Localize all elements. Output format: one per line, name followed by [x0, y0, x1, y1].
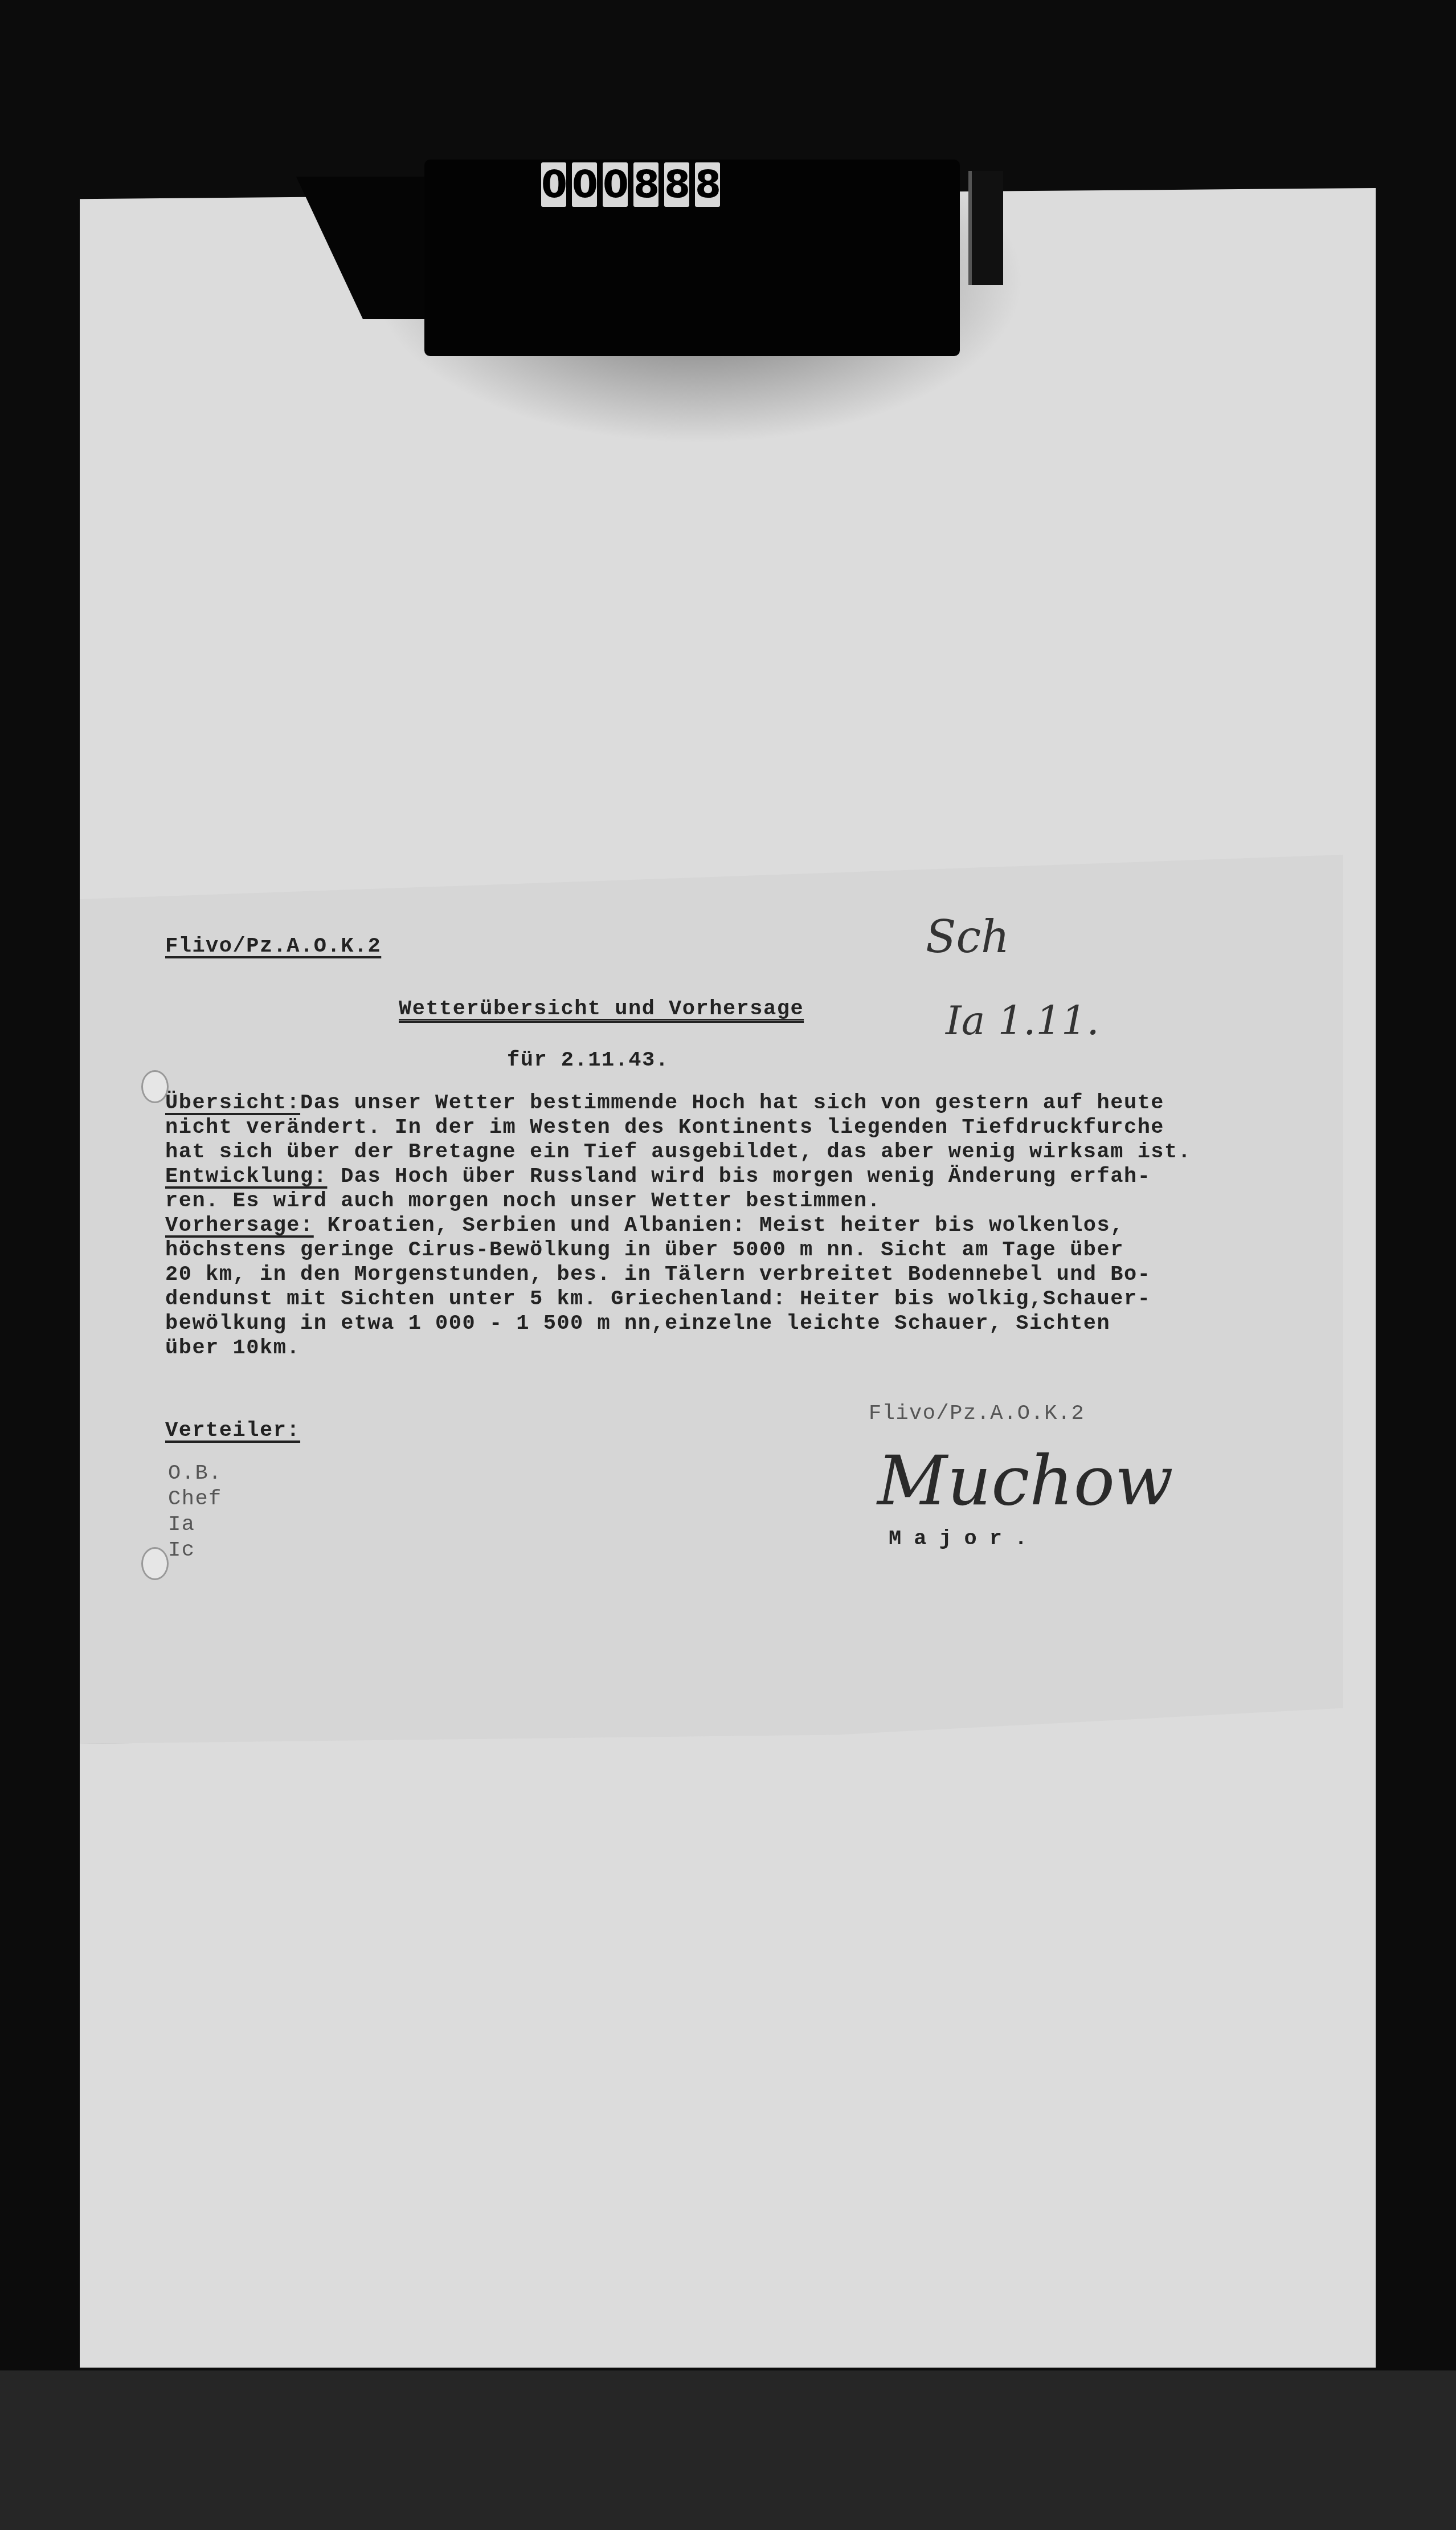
punch-hole-icon [141, 1070, 169, 1103]
section-label-vorhersage: Vorhersage: [165, 1214, 314, 1238]
body-line: Übersicht:Das unser Wetter bestimmende H… [165, 1091, 1164, 1115]
counter-digit: 8 [695, 162, 720, 207]
distribution-label: Verteiler: [165, 1419, 300, 1443]
recipient: Chef [168, 1487, 222, 1511]
recipient: Ia [168, 1513, 195, 1537]
signature-unit: Flivo/Pz.A.O.K.2 [869, 1402, 1085, 1426]
body-line: dendunst mit Sichten unter 5 km. Grieche… [165, 1287, 1151, 1311]
body-line: über 10km. [165, 1336, 300, 1360]
punch-hole-icon [141, 1547, 169, 1580]
handwritten-signature: Muchow [877, 1442, 1173, 1521]
body-line: nicht verändert. In der im Westen des Ko… [165, 1116, 1164, 1140]
body-line: ren. Es wird auch morgen noch unser Wett… [165, 1189, 881, 1213]
frame-counter-digits: 0 0 0 8 8 8 [541, 162, 720, 217]
counter-digit: 0 [603, 162, 628, 207]
section-label-uebersicht: Übersicht: [165, 1091, 300, 1115]
counter-digit: 0 [541, 162, 566, 207]
counter-digit: 8 [664, 162, 689, 207]
counter-post [968, 171, 1003, 285]
body-line: 20 km, in den Morgenstunden, bes. in Täl… [165, 1263, 1151, 1287]
recipient: O.B. [168, 1462, 222, 1486]
handwritten-note: Ia 1.11. [946, 997, 1099, 1044]
handwritten-initials: Sch [926, 912, 1009, 963]
section-label-entwicklung: Entwicklung: [165, 1165, 327, 1189]
counter-digit: 0 [572, 162, 597, 207]
body-line: bewölkung in etwa 1 000 - 1 500 m nn,ein… [165, 1312, 1110, 1336]
body-line: höchstens geringe Cirus-Bewölkung in übe… [165, 1238, 1124, 1262]
document-title: Wetterübersicht und Vorhersage [399, 997, 804, 1021]
signer-rank: Major. [889, 1527, 1040, 1551]
film-margin [0, 2370, 1456, 2530]
body-line: hat sich über der Bretagne ein Tief ausg… [165, 1140, 1191, 1164]
body-line: Entwicklung: Das Hoch über Russland wird… [165, 1165, 1151, 1189]
body-line: Vorhersage: Kroatien, Serbien und Albani… [165, 1214, 1124, 1238]
recipient: Ic [168, 1539, 195, 1562]
sender-header: Flivo/Pz.A.O.K.2 [165, 935, 381, 958]
document-date: für 2.11.43. [507, 1048, 669, 1072]
counter-digit: 8 [633, 162, 659, 207]
